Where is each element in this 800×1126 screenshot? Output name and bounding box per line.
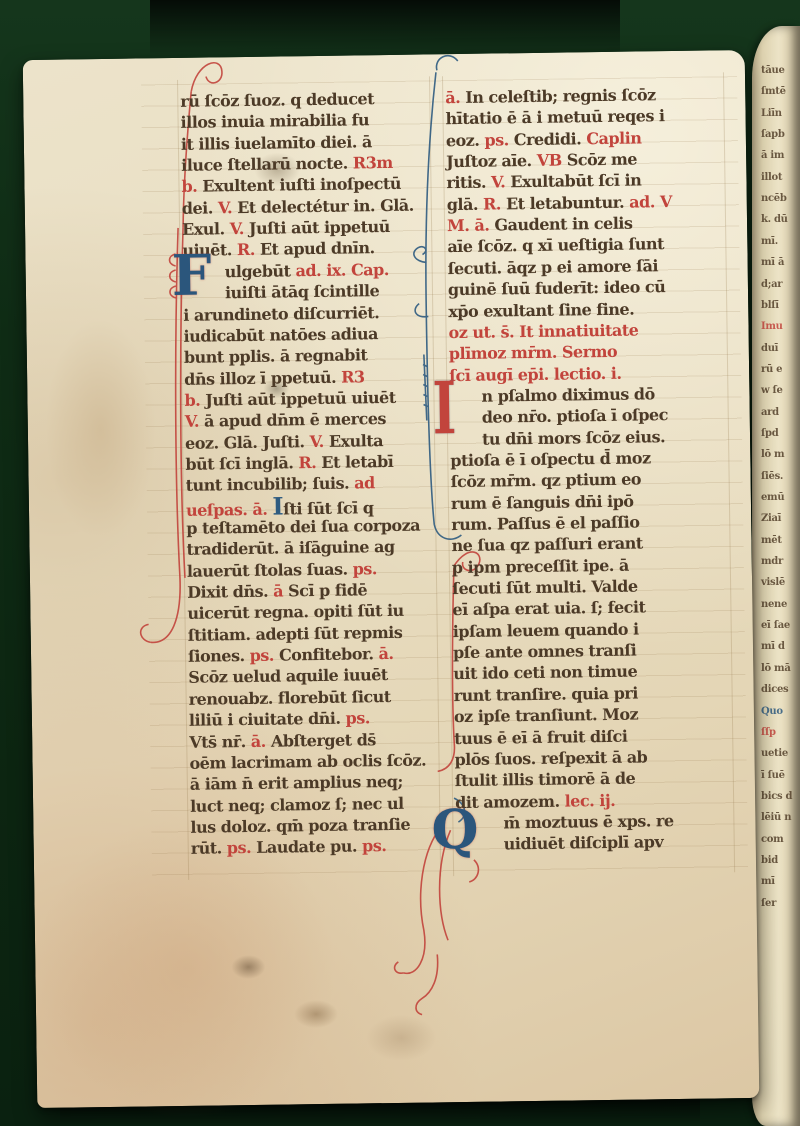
fore-edge-text-fragment: com xyxy=(761,829,783,850)
manuscript-text-line: bunt pplis. ā regnabit xyxy=(184,344,368,368)
manuscript-text-line: oz ipſe tranſiunt. Moz xyxy=(454,704,639,728)
manuscript-page: rū ſcōz ſuoz. q deducetillos inuia mirab… xyxy=(23,50,760,1108)
manuscript-text-line: i arundineto diſcurriēt. xyxy=(183,302,379,326)
manuscript-text-line: eoz. Glā. Juſti. V. Exulta xyxy=(185,430,383,454)
right-text-column: ā. In celeſtib; regnis ſcōzhītatio ē ā i… xyxy=(445,83,744,877)
fore-edge-text-fragment: ſiēs. xyxy=(761,466,783,487)
manuscript-text-line: tradiderūt. ā iſāguine ag xyxy=(186,536,394,560)
manuscript-text-line: ſtitiam. adepti ſūt repmis xyxy=(188,622,403,646)
fore-edge-text-fragment: mī. xyxy=(761,231,778,252)
manuscript-text-line: hītatio ē ā i metuū reqes i xyxy=(445,105,664,129)
fore-edge-text-fragment: ī ſuē xyxy=(761,765,785,786)
manuscript-text-line: it illis iuelamīto diei. ā xyxy=(181,131,372,155)
fore-edge-text-fragment: mēt xyxy=(761,530,782,551)
fore-edge-text-fragment: ſmtē xyxy=(761,81,786,102)
manuscript-text-line: dit amozem. lec. ij. xyxy=(455,789,615,813)
parchment-stain xyxy=(231,955,265,979)
manuscript-text-line: tu dn̄i mors ſcōz eius. xyxy=(450,426,665,450)
manuscript-text-line: lauerūt ſtolas ſuas. ps. xyxy=(187,558,377,582)
manuscript-text-line: rū ſcōz ſuoz. q deducet xyxy=(180,88,374,112)
manuscript-text-line: ne ſua qz paſſuri erant xyxy=(451,533,642,557)
fore-edge-text-fragment: ā im xyxy=(761,145,784,166)
illuminated-initial-I: I xyxy=(432,372,457,444)
backdrop-shadow-top xyxy=(150,0,620,60)
fore-edge-text-fragment: emū xyxy=(761,487,784,508)
manuscript-text-line: būt ſcī inglā. R. Et letabī xyxy=(185,451,393,475)
fore-edge-text-fragment: mī xyxy=(761,871,775,892)
manuscript-text-line: Scōz uelud aquile iuuēt xyxy=(188,664,388,688)
fore-edge-text-fragment: bid xyxy=(761,850,778,871)
manuscript-text-line: ipſam leuem quando i xyxy=(453,618,639,642)
manuscript-text-line: ritis. V. Exultabūt ſcī in xyxy=(446,170,641,194)
manuscript-text-line: iluce ſtellarū nocte. R3m xyxy=(181,152,393,176)
fore-edge-text-fragment: illot xyxy=(761,167,782,188)
fore-edge-text-fragment: tāue xyxy=(761,60,785,81)
manuscript-text-line: guinē ſuū fuderīt: ideo cū xyxy=(448,276,666,300)
manuscript-text-line: uidiuēt diſciplī apv xyxy=(456,831,664,855)
fore-edge-text-fragment: d;ar xyxy=(761,274,782,295)
manuscript-text-line: b. Exultent iuſti inoſpectū xyxy=(181,173,401,197)
manuscript-text-line: renouabz. florebūt ſicut xyxy=(189,686,391,710)
manuscript-text-line: rum ē ſanguis dn̄i ipō xyxy=(451,490,634,514)
manuscript-text-line: m̄ moztuus ē xps. re xyxy=(455,810,673,834)
book-fore-edge: tāueſmtēLiīnſapbā imillotncēbk. dūmī.mī … xyxy=(752,26,800,1126)
fore-edge-text-fragment: Quo xyxy=(761,701,783,722)
fore-edge-text-fragment: uetie xyxy=(761,743,788,764)
fore-edge-text-fragment: Liīn xyxy=(761,103,782,124)
fore-edge-text-fragment: ſapb xyxy=(761,124,785,145)
left-text-column: rū ſcōz ſuoz. q deducetillos inuia mirab… xyxy=(180,87,443,880)
manuscript-text-line: Exul. V. Juſti aūt ippetuū xyxy=(182,216,390,240)
manuscript-text-line: ſcī augī ep̄i. lectio. i. xyxy=(449,362,622,386)
manuscript-text-line: aīe ſcōz. q xī ueſtigia ſunt xyxy=(447,234,664,258)
manuscript-text-line: plīmoz mr̄m. Sermo xyxy=(449,341,618,365)
manuscript-text-line: iuiſti ātāq ſcintille xyxy=(183,280,380,304)
manuscript-text-line: liliū i ciuitate dn̄i. ps. xyxy=(189,707,370,731)
fore-edge-text-fragment: vislē xyxy=(761,572,785,593)
fore-edge-text-fragment: blſī xyxy=(761,295,779,316)
parchment-stain xyxy=(294,1000,338,1029)
fore-edge-text-fragment: Imu xyxy=(761,316,783,337)
fore-edge-text-fragment: k. dū xyxy=(761,209,788,230)
manuscript-text-line: Juſtoz aīe. VB Scōz me xyxy=(446,149,637,173)
fore-edge-text-fragment: ſſp xyxy=(761,722,776,743)
manuscript-text-line: iudicabūt natōes adiua xyxy=(183,323,378,347)
manuscript-text-line: p ipm preceſſit ipe. ā xyxy=(452,554,629,578)
manuscript-text-line: Dixit dn̄s. ā Scī p fidē xyxy=(187,579,367,603)
manuscript-text-line: V. ā apud dn̄m ē merces xyxy=(185,408,386,432)
manuscript-text-line: uicerūt regna. opiti ſūt iu xyxy=(187,600,404,624)
manuscript-text-line: luct neq; clamoz ſ; nec ul xyxy=(190,792,404,816)
manuscript-text-line: lus doloz. qm̄ poza tranſie xyxy=(190,814,410,838)
manuscript-text-line: ptioſa ē ī oſpectu d̄ moz xyxy=(450,447,651,471)
manuscript-text-line: plōs ſuos. reſpexit ā ab xyxy=(454,746,647,770)
manuscript-text-line: pſe ante omnes tranſi xyxy=(453,640,637,664)
fore-edge-text-fragment: rū e xyxy=(761,359,782,380)
manuscript-text-line: tuus ē eī ā fruit diſci xyxy=(454,725,627,749)
manuscript-text-line: glā. R. Et letabuntur. ad. V xyxy=(447,191,672,215)
manuscript-text-line: ulgebūt ad. ix. Cap. xyxy=(183,259,389,283)
manuscript-text-line: eī aſpa erat uia. ſ; fecit xyxy=(452,597,645,621)
manuscript-text-line: oz ut. s̄. It innatiuitate xyxy=(448,319,638,343)
illuminated-initial-Q: Q xyxy=(431,802,479,857)
fore-edge-text-fragment: ſpd xyxy=(761,423,778,444)
manuscript-text-line: deo nr̄o. ptioſa ī oſpec xyxy=(450,404,668,428)
fore-edge-text-fragment: w ſe xyxy=(761,380,783,401)
manuscript-text-line: dn̄s illoz ī ppetuū. R3 xyxy=(184,366,365,390)
manuscript-text-line: xp̄o exultant ſine fine. xyxy=(448,298,634,322)
fore-edge-text-fragment: ncēb xyxy=(761,188,787,209)
manuscript-text-line: runt tranſire. quia pri xyxy=(453,682,637,706)
fore-edge-text-fragment: Ziaī xyxy=(761,508,781,529)
manuscript-text-line: b. Juſti aūt ippetuū uiuēt xyxy=(184,387,395,411)
manuscript-text-line: eoz. ps. Credidi. Caplin xyxy=(446,127,642,151)
fore-edge-text-fragment: mdr xyxy=(761,551,783,572)
manuscript-text-line: ā. In celeſtib; regnis ſcōz xyxy=(445,84,656,108)
fore-edge-text-fragment: ard xyxy=(761,402,779,423)
manuscript-text-line: ſecuti ſūt multi. Valde xyxy=(452,576,638,600)
manuscript-text-line: ā iām n̄ erit amplius neq; xyxy=(190,771,403,795)
manuscript-text-line: illos inuia mirabilia fu xyxy=(180,110,369,134)
parchment-stain xyxy=(366,1014,437,1061)
fore-edge-text-fragment: duī xyxy=(761,338,778,359)
fore-edge-text-fragment: bics d xyxy=(761,786,792,807)
manuscript-text-line: Vts̄ nr̄. ā. Abſterget ds̄ xyxy=(189,729,376,753)
manuscript-text-line: ſecuti. āqz p ei amore ſāi xyxy=(448,255,659,279)
fore-edge-text-fragment: lō m xyxy=(761,444,784,465)
parchment-stain xyxy=(44,318,157,540)
fore-edge-text-fragment: mī ā xyxy=(761,252,784,273)
manuscript-text-line: rum. Paſſus ē el paſſio xyxy=(451,512,640,536)
fore-edge-text-fragment: lēiū n xyxy=(761,807,791,828)
fore-edge-text-fragment: ſer xyxy=(761,893,776,914)
fore-edge-text-fragment: eī ſae xyxy=(761,615,790,636)
fore-edge-text-fragment: dices xyxy=(761,679,788,700)
fore-edge-text-fragment: lō mā xyxy=(761,658,791,679)
manuscript-text-line: ſiones. ps. Confitebor. ā. xyxy=(188,643,394,667)
illuminated-initial-F: F xyxy=(171,247,212,304)
fore-edge-text-fragment: nene xyxy=(761,594,787,615)
fore-edge-text-fragment: mī d xyxy=(761,636,785,657)
manuscript-text-line: ſtulit illis timorē ā de xyxy=(455,768,636,792)
manuscript-text-line: M. ā. Gaudent in celis xyxy=(447,213,633,237)
manuscript-text-line: ſcōz mr̄m. qz ptium eo xyxy=(451,469,642,493)
manuscript-text-line: n pſalmo diximus dō xyxy=(449,383,655,407)
manuscript-text-line: rūt. ps. Laudate pu. ps. xyxy=(191,835,387,859)
manuscript-text-line: uit ido ceti non timue xyxy=(453,661,637,685)
